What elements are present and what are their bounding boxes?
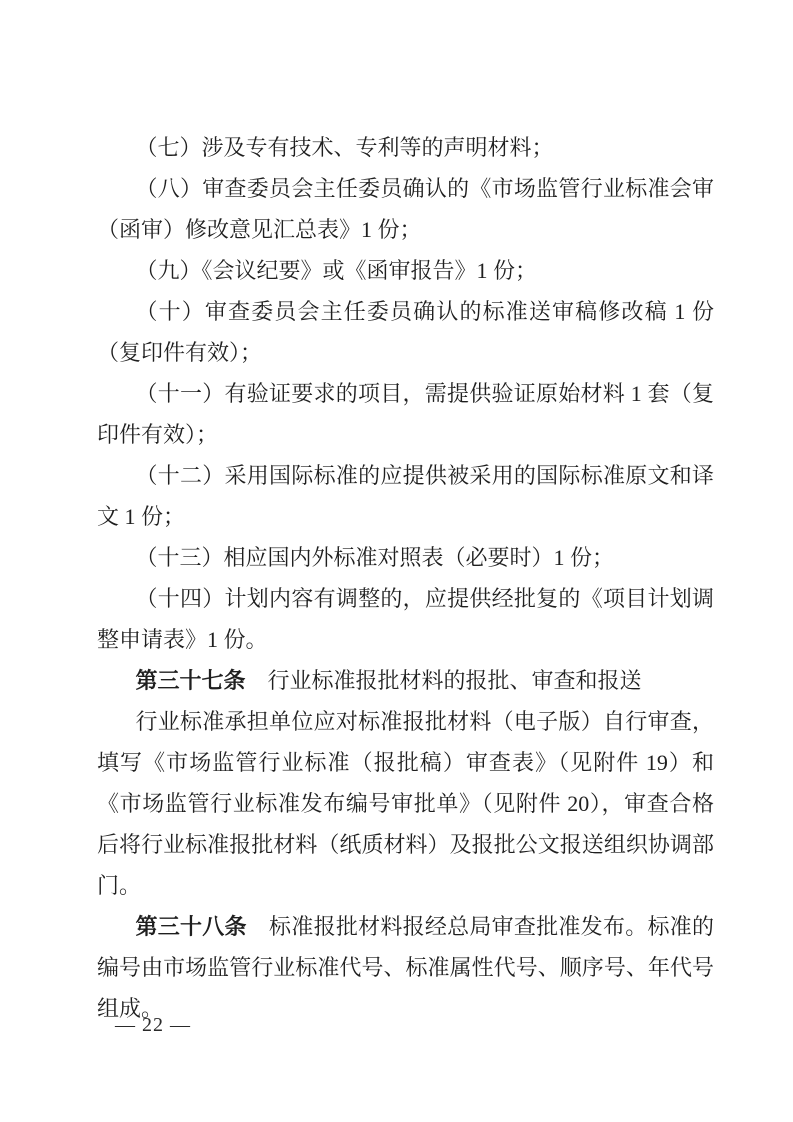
list-item-thirteen: （十三）相应国内外标准对照表（必要时）1 份；	[97, 537, 714, 578]
list-item-seven: （七）涉及专有技术、专利等的声明材料；	[97, 127, 714, 168]
document-body: （七）涉及专有技术、专利等的声明材料； （八）审查委员会主任委员确认的《市场监管…	[97, 127, 714, 1029]
article-37-body-text: 行业标准承担单位应对标准报批材料（电子版）自行审查，填写《市场监管行业标准（报批…	[97, 709, 714, 898]
list-item-nine-text: （九）《会议纪要》或《函审报告》1 份；	[136, 258, 538, 283]
list-item-fourteen-text: （十四）计划内容有调整的，应提供经批复的《项目计划调整申请表》1 份。	[97, 586, 714, 652]
article-37-number: 第三十七条	[136, 668, 246, 693]
list-item-seven-text: （七）涉及专有技术、专利等的声明材料；	[136, 135, 554, 160]
list-item-twelve-text: （十二）采用国际标准的应提供被采用的国际标准原文和译文 1 份；	[97, 463, 714, 529]
list-item-eight-text: （八）审查委员会主任委员确认的《市场监管行业标准会审（函审）修改意见汇总表》1 …	[97, 176, 714, 242]
list-item-twelve: （十二）采用国际标准的应提供被采用的国际标准原文和译文 1 份；	[97, 455, 714, 537]
list-item-eleven-text: （十一）有验证要求的项目，需提供验证原始材料 1 套（复印件有效）；	[97, 381, 714, 447]
list-item-thirteen-text: （十三）相应国内外标准对照表（必要时）1 份；	[136, 545, 615, 570]
list-item-ten-text: （十）审查委员会主任委员确认的标准送审稿修改稿 1 份（复印件有效）；	[97, 299, 714, 365]
list-item-fourteen: （十四）计划内容有调整的，应提供经批复的《项目计划调整申请表》1 份。	[97, 578, 714, 660]
article-37-body: 行业标准承担单位应对标准报批材料（电子版）自行审查，填写《市场监管行业标准（报批…	[97, 701, 714, 906]
list-item-eight: （八）审查委员会主任委员确认的《市场监管行业标准会审（函审）修改意见汇总表》1 …	[97, 168, 714, 250]
list-item-ten: （十）审查委员会主任委员确认的标准送审稿修改稿 1 份（复印件有效）；	[97, 291, 714, 373]
document-page: （七）涉及专有技术、专利等的声明材料； （八）审查委员会主任委员确认的《市场监管…	[0, 0, 793, 1122]
article-37-heading: 第三十七条 行业标准报批材料的报批、审查和报送	[97, 660, 714, 701]
article-38-number: 第三十八条	[136, 914, 247, 939]
list-item-nine: （九）《会议纪要》或《函审报告》1 份；	[97, 250, 714, 291]
list-item-eleven: （十一）有验证要求的项目，需提供验证原始材料 1 套（复印件有效）；	[97, 373, 714, 455]
page-number: — 22 —	[115, 1011, 191, 1039]
article-37-title: 行业标准报批材料的报批、审查和报送	[246, 668, 642, 693]
